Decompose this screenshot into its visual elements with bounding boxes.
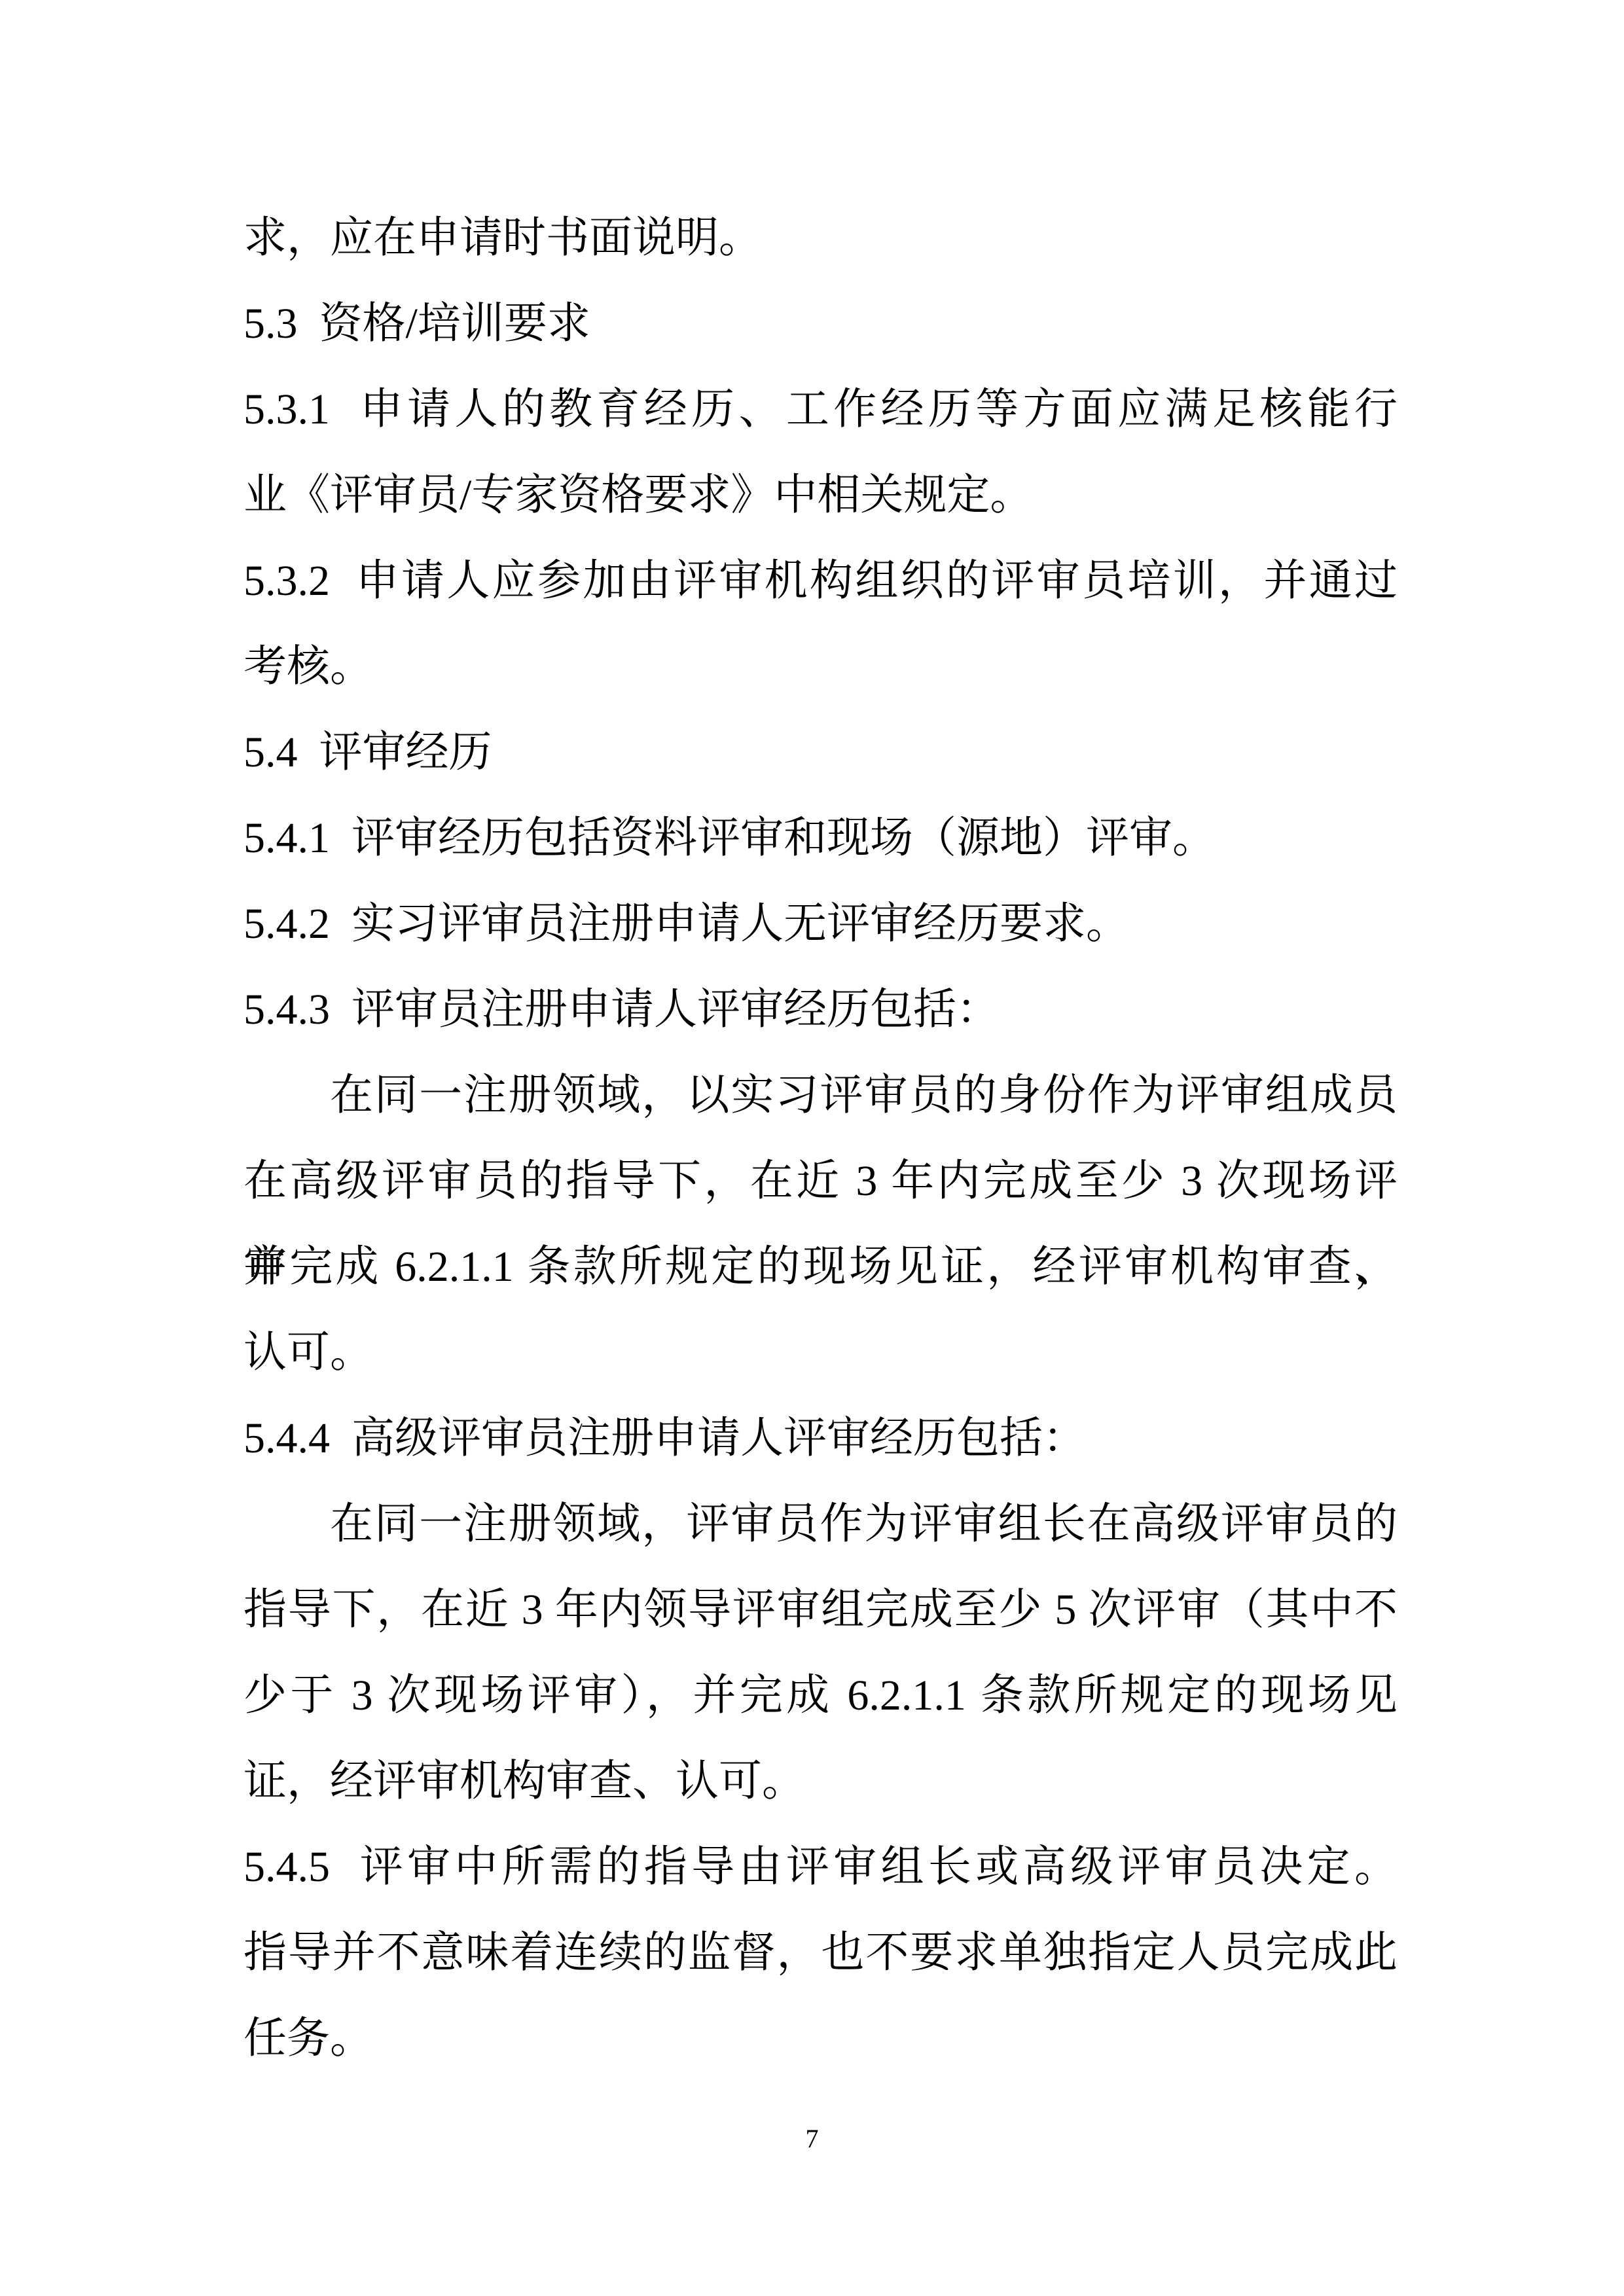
text-line: 5.4.3 评审员注册申请人评审经历包括： (244, 967, 1398, 1052)
document-page: 求，应在申请时书面说明。 5.3 资格/培训要求 5.3.1 申请人的教育经历、… (0, 0, 1624, 2296)
section-heading: 5.3 资格/培训要求 (244, 281, 1398, 367)
text-line: 证，经评审机构审查、认可。 (244, 1738, 1398, 1824)
text-line: 在高级评审员的指导下，在近 3 年内完成至少 3 次现场评审， (244, 1138, 1398, 1224)
text-line: 5.4.1 评审经历包括资料评审和现场（源地）评审。 (244, 795, 1398, 881)
text-line: 5.4.5 评审中所需的指导由评审组长或高级评审员决定。 (244, 1824, 1398, 1910)
text-line: 并完成 6.2.1.1 条款所规定的现场见证，经评审机构审查、 (244, 1224, 1398, 1310)
page-number: 7 (0, 2121, 1624, 2157)
text-line: 业《评审员/专家资格要求》中相关规定。 (244, 452, 1398, 538)
text-line: 在同一注册领域，以实习评审员的身份作为评审组成员 (244, 1052, 1398, 1138)
text-line: 5.4.2 实习评审员注册申请人无评审经历要求。 (244, 881, 1398, 967)
section-heading: 5.4 评审经历 (244, 709, 1398, 795)
text-line: 求，应在申请时书面说明。 (244, 195, 1398, 281)
text-line: 5.4.4 高级评审员注册申请人评审经历包括： (244, 1395, 1398, 1481)
document-body: 求，应在申请时书面说明。 5.3 资格/培训要求 5.3.1 申请人的教育经历、… (244, 195, 1398, 2081)
text-line: 在同一注册领域，评审员作为评审组长在高级评审员的 (244, 1481, 1398, 1567)
text-line: 5.3.2 申请人应参加由评审机构组织的评审员培训，并通过 (244, 538, 1398, 624)
text-line: 认可。 (244, 1310, 1398, 1395)
text-line: 任务。 (244, 1996, 1398, 2081)
text-line: 考核。 (244, 624, 1398, 709)
text-line: 指导下，在近 3 年内领导评审组完成至少 5 次评审（其中不 (244, 1567, 1398, 1653)
text-line: 指导并不意味着连续的监督，也不要求单独指定人员完成此 (244, 1910, 1398, 1996)
text-line: 5.3.1 申请人的教育经历、工作经历等方面应满足核能行 (244, 367, 1398, 452)
text-line: 少于 3 次现场评审），并完成 6.2.1.1 条款所规定的现场见 (244, 1653, 1398, 1738)
